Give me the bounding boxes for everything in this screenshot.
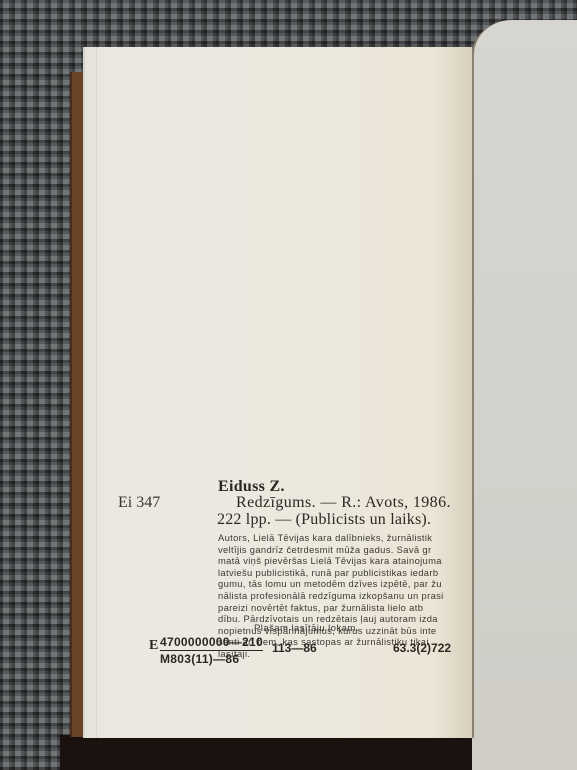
price-fraction: 4700000000—210 M803(11)—86 [160, 635, 263, 666]
page-stack-line [96, 47, 97, 738]
right-page-bottom [472, 738, 577, 770]
title-line: Redzīgums. — R.: Avots, 1986. [236, 494, 451, 512]
bbk-index: 63.3(2)722 [393, 641, 451, 655]
order-number: 113—86 [272, 641, 317, 655]
pages-line: 222 lpp. — (Publicists un laiks). [217, 511, 431, 529]
classmark: Ei 347 [118, 494, 160, 512]
fraction-denominator: M803(11)—86 [160, 651, 263, 666]
fraction-numerator: 4700000000—210 [160, 635, 263, 651]
right-page [472, 20, 577, 770]
audience-note: Plašam lasītāju lokam. [254, 623, 359, 634]
fraction-prefix: E [149, 638, 158, 654]
